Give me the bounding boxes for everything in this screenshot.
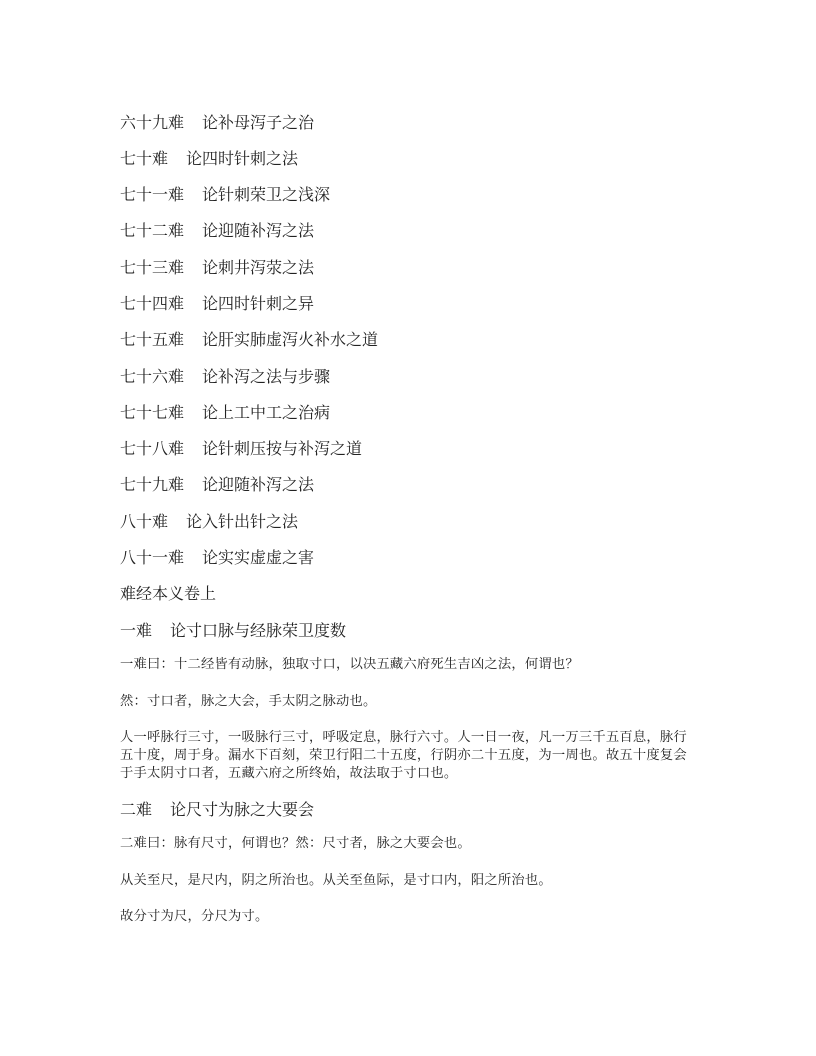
toc-entry-number: 七十三难 xyxy=(120,255,184,278)
toc-entry-number: 八十难 xyxy=(120,509,168,532)
toc-entry-number: 七十五难 xyxy=(120,327,184,350)
toc-entry: 七十一难论针刺荣卫之浅深 xyxy=(120,185,700,203)
toc-entry-title: 论针刺压按与补泻之道 xyxy=(202,436,362,459)
toc-entry: 六十九难论补母泻子之治 xyxy=(120,112,700,130)
volume-title-text: 难经本义卷上 xyxy=(120,581,216,604)
toc-entry: 七十八难论针刺压按与补泻之道 xyxy=(120,439,700,457)
chapter-paragraph: 故分寸为尺，分尺为寸。 xyxy=(120,908,700,926)
chapter-paragraph: 人一呼脉行三寸，一吸脉行三寸，呼吸定息，脉行六寸。人一日一夜，凡一万三千五百息，… xyxy=(120,729,700,783)
toc-entry-title: 论肝实肺虚泻火补水之道 xyxy=(202,327,378,350)
chapter-heading-title: 论尺寸为脉之大要会 xyxy=(170,797,314,820)
toc-entry-title: 论四时针刺之法 xyxy=(186,146,298,169)
chapter-heading: 一难论寸口脉与经脉荣卫度数 xyxy=(120,620,700,638)
toc-entry-title: 论实实虚虚之害 xyxy=(202,545,314,568)
toc-entry: 七十难论四时针刺之法 xyxy=(120,148,700,166)
toc-entry-title: 论入针出针之法 xyxy=(186,509,298,532)
chapter-heading-title: 论寸口脉与经脉荣卫度数 xyxy=(170,618,346,641)
toc-entry: 七十九难论迎随补泻之法 xyxy=(120,475,700,493)
toc-entry: 八十难论入针出针之法 xyxy=(120,511,700,529)
chapter-heading-number: 二难 xyxy=(120,797,152,820)
chapter-paragraph: 从关至尺，是尺内，阴之所治也。从关至鱼际，是寸口内，阳之所治也。 xyxy=(120,872,700,890)
toc-entry-number: 七十一难 xyxy=(120,182,184,205)
toc-entry-number: 七十九难 xyxy=(120,472,184,495)
toc-entry: 七十三难论刺井泻荥之法 xyxy=(120,257,700,275)
toc-entry-number: 七十六难 xyxy=(120,364,184,387)
toc-entry-title: 论迎随补泻之法 xyxy=(202,472,314,495)
toc-entry-title: 论上工中工之治病 xyxy=(202,400,330,423)
document-page: 六十九难论补母泻子之治 七十难论四时针刺之法 七十一难论针刺荣卫之浅深 七十二难… xyxy=(120,112,700,944)
toc-entry-number: 八十一难 xyxy=(120,545,184,568)
chapter-paragraph: 然：寸口者，脉之大会，手太阴之脉动也。 xyxy=(120,693,700,711)
toc-entry: 七十四难论四时针刺之异 xyxy=(120,293,700,311)
chapter-paragraph: 二难曰：脉有尺寸，何谓也？然：尺寸者，脉之大要会也。 xyxy=(120,835,700,853)
toc-entry: 八十一难论实实虚虚之害 xyxy=(120,548,700,566)
toc-entry-title: 论补泻之法与步骤 xyxy=(202,364,330,387)
toc-entry-title: 论针刺荣卫之浅深 xyxy=(202,182,330,205)
chapter-heading-number: 一难 xyxy=(120,618,152,641)
toc-entry-number: 七十四难 xyxy=(120,291,184,314)
toc-entry-number: 七十难 xyxy=(120,146,168,169)
toc-entry-number: 七十八难 xyxy=(120,436,184,459)
toc-entry: 七十六难论补泻之法与步骤 xyxy=(120,366,700,384)
toc-entry-title: 论刺井泻荥之法 xyxy=(202,255,314,278)
volume-title: 难经本义卷上 xyxy=(120,584,700,602)
toc-entry: 七十五难论肝实肺虚泻火补水之道 xyxy=(120,330,700,348)
chapter-heading: 二难论尺寸为脉之大要会 xyxy=(120,799,700,817)
toc-entry-title: 论补母泻子之治 xyxy=(202,110,314,133)
toc-entry: 七十二难论迎随补泻之法 xyxy=(120,221,700,239)
toc-entry-title: 论四时针刺之异 xyxy=(202,291,314,314)
chapter-paragraph: 一难曰：十二经皆有动脉，独取寸口，以决五藏六府死生吉凶之法，何谓也？ xyxy=(120,656,700,674)
toc-entry: 七十七难论上工中工之治病 xyxy=(120,402,700,420)
toc-entry-number: 七十二难 xyxy=(120,218,184,241)
toc-entry-title: 论迎随补泻之法 xyxy=(202,218,314,241)
toc-entry-number: 七十七难 xyxy=(120,400,184,423)
toc-entry-number: 六十九难 xyxy=(120,110,184,133)
